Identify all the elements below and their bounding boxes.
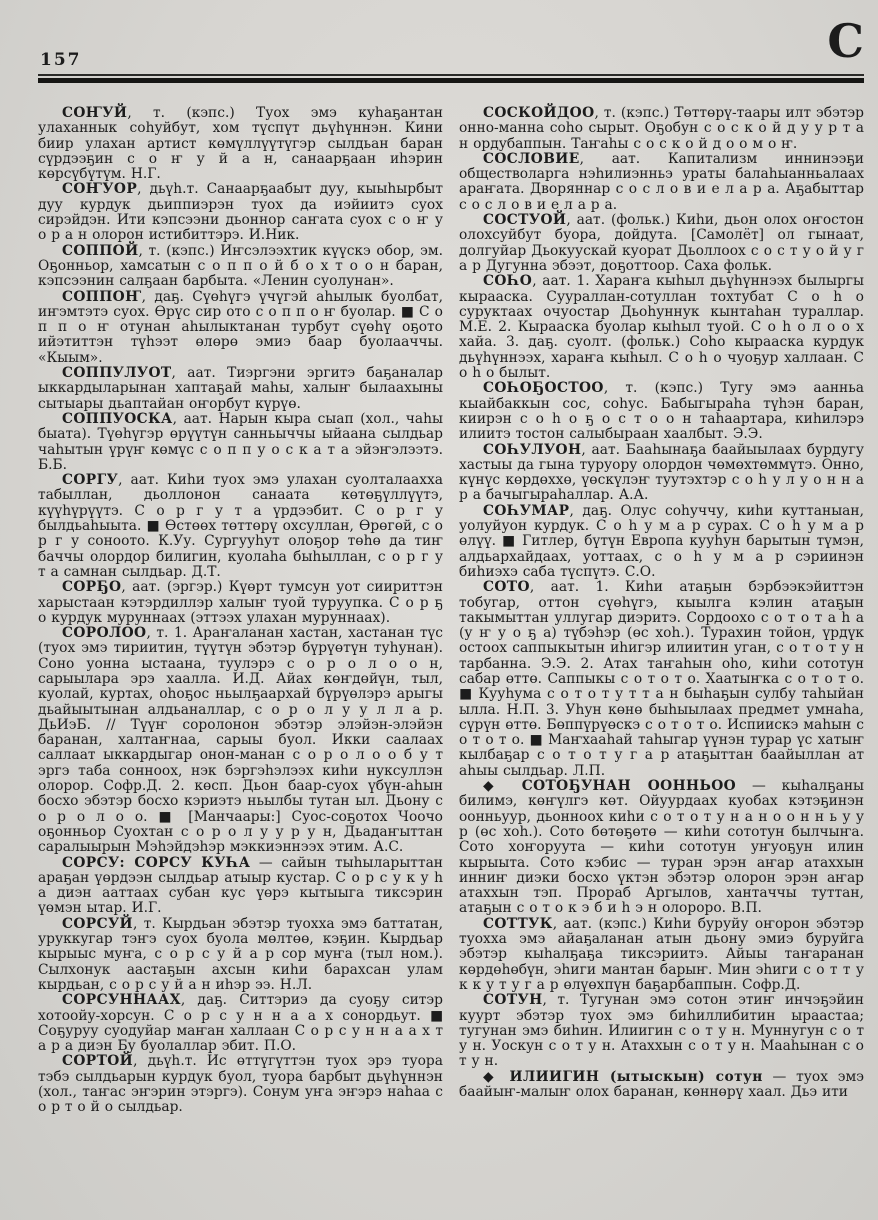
page-number: 157 — [40, 50, 82, 70]
dictionary-entry: СОППУЛУОТ, аат. Тиэргэни эргитэ баҕанала… — [38, 366, 443, 412]
left-column: СОҤУЙ, т. (кэпс.) Туох эмэ куһаҕантан ул… — [38, 106, 443, 1116]
dictionary-entry: СОРСУННААХ, даҕ. Ситтэриэ да суоҕу ситэр… — [38, 993, 443, 1054]
entry-body: — кыһалҕаны билимэ, көҥүлгэ көт. Ойуурда… — [459, 778, 864, 916]
headword: СОТТУК — [483, 916, 553, 932]
dictionary-entry: СОРОЛОО, т. 1. Араҥаланан хастан, хастан… — [38, 626, 443, 855]
headword: СОРТОЙ — [62, 1053, 133, 1069]
headword: СОППОҤ — [62, 289, 142, 305]
dictionary-page: 157 С СОҤУЙ, т. (кэпс.) Туох эмэ куһаҕан… — [0, 0, 878, 1220]
dictionary-entry: СОТТУК, аат. (кэпс.) Киһи буруйу оҥорон … — [459, 917, 864, 993]
headword: СОРГУ — [62, 472, 118, 488]
headword: СОРОЛОО — [62, 625, 146, 641]
entry-body: , аат. Киһи туох эмэ улахан суолталаахха… — [38, 472, 443, 580]
headword: СОТО — [483, 579, 530, 595]
dictionary-entry: СОТУН, т. Тугунан эмэ сотон этиҥ инчэҕэй… — [459, 993, 864, 1069]
dictionary-entry: СОППОЙ, т. (кэпс.) Иҥсэлээхтик күүскэ об… — [38, 244, 443, 290]
dictionary-entry: СОСЛОВИЕ, аат. Капитализм иннинээҕи обще… — [459, 152, 864, 213]
headword: СОРСУЙ — [62, 916, 133, 932]
dictionary-entry: СОҺО, аат. 1. Хараҥа кыһыл дьүһүннээх бы… — [459, 274, 864, 381]
dictionary-entry: СОҤУОР, дьүһ.т. Санаарҕаабыт дуу, кыыһыр… — [38, 182, 443, 243]
header-rule-thick — [38, 78, 864, 83]
dictionary-entry: СОРТОЙ, дьүһ.т. Ис өттүгүттэн туох эрэ т… — [38, 1054, 443, 1115]
dictionary-entry: СОСКОЙДОО, т. (кэпс.) Төттөрү-таары илт … — [459, 106, 864, 152]
headword: СОТУН — [483, 992, 543, 1008]
headword: СОСЛОВИЕ — [483, 151, 580, 167]
dictionary-entry: СОРГУ, аат. Киһи туох эмэ улахан суолтал… — [38, 473, 443, 580]
headword: СОҺОҔОСТОО — [483, 380, 604, 396]
dictionary-entry: СОҺУЛУОН, аат. Бааһынаҕа баайыылаах бурд… — [459, 443, 864, 504]
dictionary-entry: СОРСУ: СОРСУ КУҺА — сайын тыһыларыттан а… — [38, 856, 443, 917]
headword: СОҺУМАР — [483, 503, 569, 519]
text-columns: СОҤУЙ, т. (кэпс.) Туох эмэ куһаҕантан ул… — [38, 106, 864, 1116]
dictionary-entry: СОТО, аат. 1. Киһи атаҕын бэрбээкэйиттэн… — [459, 580, 864, 779]
dictionary-entry: ◆ ИЛИИГИН (ытыскын) сотун — туох эмэ баа… — [459, 1070, 864, 1101]
headword: СОППУОСКА — [62, 411, 173, 427]
right-column: СОСКОЙДОО, т. (кэпс.) Төттөрү-таары илт … — [459, 106, 864, 1116]
headword: СОҺО — [483, 273, 532, 289]
dictionary-entry: СОСТУОЙ, аат. (фольк.) Киһи, дьон олох о… — [459, 213, 864, 274]
headword: ◆ СОТОҔУНАН ООННЬОО — [483, 778, 736, 794]
headword: СОҤУЙ — [62, 105, 127, 121]
dictionary-entry: ◆ СОТОҔУНАН ООННЬОО — кыһалҕаны билимэ, … — [459, 779, 864, 917]
headword: СОППУЛУОТ — [62, 365, 172, 381]
dictionary-entry: СОҺУМАР, даҕ. Олус соһуччу, киһи куттаны… — [459, 504, 864, 580]
headword: ◆ ИЛИИГИН (ытыскын) сотун — [483, 1069, 763, 1085]
dictionary-entry: СОППУОСКА, аат. Нарын кыра сыап (хол., ч… — [38, 412, 443, 473]
headword: СОРСУННААХ — [62, 992, 181, 1008]
dictionary-entry: СОППОҤ, даҕ. Сүөһүгэ үчүгэй аһылык буолб… — [38, 290, 443, 366]
dictionary-entry: СОРҔО, аат. (эргэр.) Күөрт тумсун уот си… — [38, 580, 443, 626]
headword: СОРҔО — [62, 579, 121, 595]
dictionary-entry: СОҤУЙ, т. (кэпс.) Туох эмэ куһаҕантан ул… — [38, 106, 443, 182]
headword: СОСКОЙДОО — [483, 105, 595, 121]
section-letter: С — [827, 18, 864, 64]
headword: СОСТУОЙ — [483, 212, 566, 228]
headword: СОҤУОР — [62, 181, 137, 197]
header-rule-thin — [38, 74, 864, 76]
headword: СОРСУ: СОРСУ КУҺА — [62, 855, 250, 871]
entry-body: , аат. 1. Хараҥа кыһыл дьүһүннээх былырг… — [459, 273, 864, 381]
headword: СОППОЙ — [62, 243, 139, 259]
dictionary-entry: СОРСУЙ, т. Кырдьан эбэтэр туохха эмэ бат… — [38, 917, 443, 993]
headword: СОҺУЛУОН — [483, 442, 581, 458]
dictionary-entry: СОҺОҔОСТОО, т. (кэпс.) Тугу эмэ аанньа к… — [459, 381, 864, 442]
entry-body: , т. 1. Араҥаланан хастан, хастанан түс … — [38, 625, 443, 855]
entry-body: , аат. 1. Киһи атаҕын бэрбээкэйиттэн тоб… — [459, 579, 864, 779]
